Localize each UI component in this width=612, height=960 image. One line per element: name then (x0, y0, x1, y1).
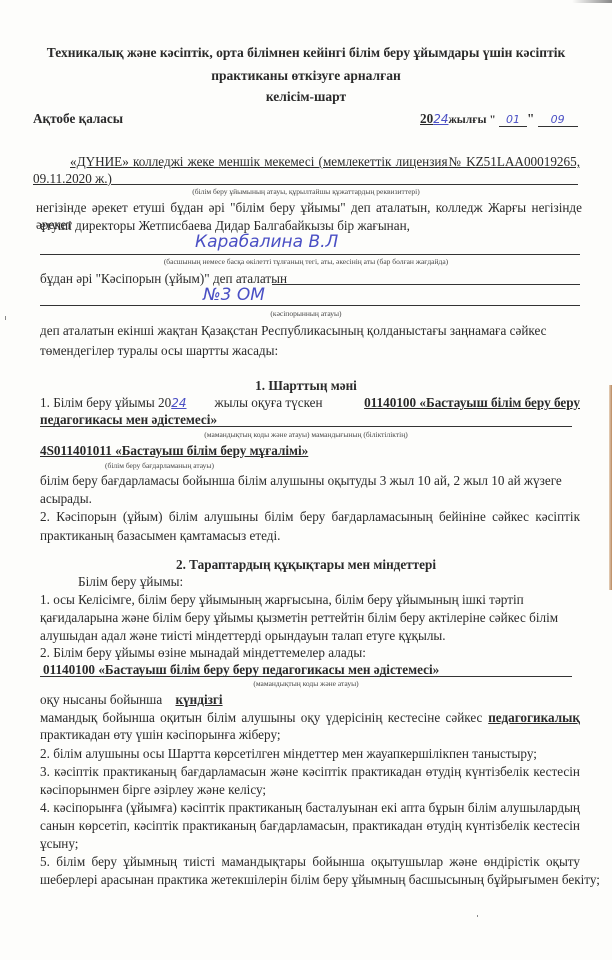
obligation-5-line1: 5. білім беру ұйымның тиісті мамандықтар… (40, 853, 580, 870)
right-1-line3: алушыдан адал және тиісті міндеттерді ор… (40, 627, 446, 644)
section-2-specialty-caption: (мамандықтың коды және атауы) (0, 679, 612, 688)
org-underline (112, 184, 578, 185)
org-line-2: 09.11.2020 ж.) (33, 170, 112, 187)
section-2-specialty-underline (40, 676, 572, 677)
section-2-heading: 2. Тараптардың құқықтары мен міндеттері (0, 556, 612, 573)
head-name-handwritten: Карабалина В.Л (195, 232, 338, 252)
qualification-caption: (білім беру бағдарламаның атауы) (105, 461, 214, 470)
year-prefix: 20 (420, 111, 433, 126)
p1-end-line1: білім беру бағдарламасы бойынша білім ал… (40, 472, 562, 489)
day-handwritten: 01 (499, 113, 527, 127)
head-underline (40, 254, 580, 255)
closing-line-1: деп аталатын екінші жақтан Қазақстан Рес… (40, 322, 547, 339)
title-line-2: практиканы өткізуге арналған (0, 67, 612, 84)
p2-line1: 2. Кәсіпорын (ұйым) білім алушыны білім … (40, 508, 580, 525)
p2-line2: практиканың базасымен қамтамасыз етеді. (40, 527, 280, 544)
contract-page: Техникалық және кәсіптік, орта білімнен … (0, 0, 612, 960)
o1-line1-a: мамандық бойынша оқитын білім алушыны оқ… (40, 710, 482, 725)
month-handwritten: 09 (538, 113, 578, 127)
right-1-line1: 1. осы Келісімге, білім беру ұйымының жа… (40, 591, 524, 608)
obligation-3-line1: 3. кәсіптік практиканың бағдарламасын жә… (40, 763, 580, 780)
org-line-1: «ДҮНИЕ» колледжі жеке меншік мекемесі (м… (70, 153, 580, 170)
section-1-heading: 1. Шарттың мәні (0, 377, 612, 394)
p1-end-line2: асырады. (40, 490, 92, 507)
enterprise-caption: (кәсіпорынның атауы) (0, 309, 612, 318)
form-value: күндізгі (175, 692, 222, 707)
right-1-line2: қағидаларына және білім беру ұйымы қызме… (40, 609, 558, 626)
year-suffix: жылғы " (448, 114, 495, 126)
enterprise-name-handwritten: №3 ОМ (203, 285, 265, 305)
obligation-4-line3: ұсыну; (40, 835, 78, 852)
head-caption: (басшының немесе басқа өкілетті тұлғаның… (0, 257, 612, 266)
p1-mid: жылы оқуға түскен (215, 395, 323, 410)
contract-date: 2024жылғы " 01" 09 (420, 110, 578, 129)
obligation-3-line2: кәсіпорынмен бірге әзірлеу және келісу; (40, 781, 266, 798)
title-line-1: Техникалық және кәсіптік, орта білімнен … (0, 44, 612, 61)
p1-specialty-underline (40, 426, 572, 427)
section-2-subheading: Білім беру ұйымы: (78, 573, 183, 590)
p1-caption: (мамандықтың коды және атауы) мамандығын… (0, 430, 612, 439)
p1-specialty-a: 01140100 «Бастауыш білім беру беру (364, 394, 580, 411)
quote-mid: " (527, 111, 534, 126)
obligation-5-line2: шеберлері арасынан практика жетекшілерін… (40, 871, 600, 888)
obligation-1-line2: практикадан өту үшін кәсіпорынға жіберу; (40, 726, 281, 743)
year-handwritten: 24 (433, 112, 448, 126)
p1-start: 1. Білім беру ұйымы 20 (40, 395, 171, 410)
obligation-1-line1: мамандық бойынша оқитын білім алушыны оқ… (40, 709, 580, 726)
org-caption: (білім беру ұйымының атауы, құрылтайшы қ… (0, 187, 612, 196)
p1-year-handwritten: 24 (171, 395, 205, 412)
title-line-3: келісім-шарт (0, 88, 612, 105)
form-of-study: оқу нысаны бойынша күндізгі (40, 691, 223, 708)
section-1-p1-line1: 1. Білім беру ұйымы 2024 жылы оқуға түск… (40, 394, 580, 412)
form-label: оқу нысаны бойынша (40, 692, 162, 707)
obligation-4-line2: санын көрсетіп, кәсіптік практиканың бағ… (40, 817, 580, 834)
qualification: 4S011401011 «Бастауыш білім беру мұғалім… (40, 442, 308, 459)
o1-line1-b: педагогикалық (488, 709, 580, 726)
enterprise-underline-2 (40, 305, 580, 306)
scan-artifact-dot (477, 915, 478, 917)
enterprise-underline-1 (272, 284, 580, 285)
city-label: Ақтобе қаласы (33, 110, 123, 127)
scan-corner-shadow (572, 0, 612, 3)
obligation-4-line1: 4. кәсіпорынға (ұйымға) кәсіптік практик… (40, 799, 580, 816)
obligation-2: 2. білім алушыны осы Шартта көрсетілген … (40, 745, 537, 762)
right-2: 2. Білім беру ұйымы өзіне мынадай міндет… (40, 644, 366, 661)
scan-artifact-mark (5, 316, 6, 320)
closing-line-2: төмендегілер туралы осы шартты жасады: (40, 342, 278, 359)
